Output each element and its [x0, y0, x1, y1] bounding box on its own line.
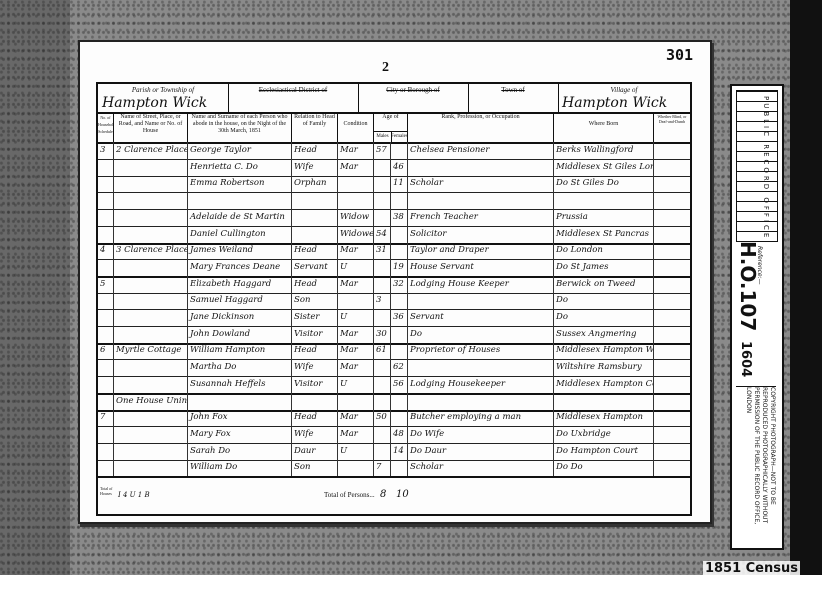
census-row: Emma Robertson Orphan 11 Scholar Do St G… [98, 175, 690, 193]
cell-occupation: French Teacher [408, 209, 554, 226]
cell-disability [654, 209, 690, 226]
cell-age-male: 50 [374, 409, 391, 426]
column-headers: No. of Householder's Schedule Name of St… [98, 112, 690, 144]
cell-relation: Wife [292, 359, 338, 376]
cell-address [114, 459, 188, 476]
cell-age-male [374, 443, 391, 460]
cell-relation: Daur [292, 443, 338, 460]
cell-disability [654, 443, 690, 460]
census-sheet: 301 2 Parish or Township of Hampton Wick… [78, 40, 712, 524]
cell-birthplace: Do [554, 309, 654, 326]
cell-condition [338, 175, 374, 192]
col-age: Age of Males Females [374, 112, 408, 142]
cell-age-male [374, 426, 391, 443]
cell-condition [338, 459, 374, 476]
cell-occupation [408, 192, 554, 209]
cell-relation: Son [292, 459, 338, 476]
cell-condition: Mar [338, 242, 374, 259]
cell-occupation: Do [408, 326, 554, 343]
cell-disability [654, 459, 690, 476]
cell-occupation: Lodging House Keeper [408, 276, 554, 293]
census-row [98, 192, 690, 210]
cell-birthplace: Prussia [554, 209, 654, 226]
cell-condition: Widow [338, 209, 374, 226]
cell-condition: Mar [338, 276, 374, 293]
cell-age-female [391, 459, 408, 476]
village-label: Village of [558, 86, 690, 94]
col-age-label: Age of [382, 114, 399, 120]
cell-address [114, 175, 188, 192]
col-address: Name of Street, Place, or Road, and Name… [114, 112, 188, 142]
census-row: 3 2 Clarence Place George Taylor Head Ma… [98, 142, 690, 160]
cell-relation: Orphan [292, 175, 338, 192]
piece-number: 1604 [738, 341, 753, 377]
cell-relation: Head [292, 142, 338, 159]
cell-condition: Mar [338, 142, 374, 159]
cell-condition [338, 192, 374, 209]
persons-total-males: 8 [380, 478, 386, 512]
measurement-scale [736, 90, 778, 242]
cell-occupation: Do Daur [408, 443, 554, 460]
persons-total-label: Total of Persons... [324, 478, 375, 512]
cell-disability [654, 142, 690, 159]
cell-name: Samuel Haggard [188, 292, 292, 309]
cell-address [114, 292, 188, 309]
cell-disability [654, 159, 690, 176]
cell-address [114, 359, 188, 376]
cell-age-female: 46 [391, 159, 408, 176]
cell-disability [654, 259, 690, 276]
scan-shadow-right [790, 0, 822, 575]
cell-occupation: Butcher employing a man [408, 409, 554, 426]
cell-schedule [98, 159, 114, 176]
cell-age-female [391, 292, 408, 309]
cell-age-female: 56 [391, 376, 408, 393]
cell-age-male [374, 159, 391, 176]
cell-address [114, 209, 188, 226]
cell-age-female [391, 242, 408, 259]
cell-disability [654, 342, 690, 359]
cell-age-male: 54 [374, 226, 391, 243]
col-disability: Whether Blind, or Deaf-and-Dumb [654, 112, 690, 142]
cell-birthplace [554, 192, 654, 209]
cell-schedule [98, 175, 114, 192]
cell-age-female: 38 [391, 209, 408, 226]
cell-birthplace: Wiltshire Ramsbury [554, 359, 654, 376]
cell-occupation [408, 159, 554, 176]
census-row: Martha Do Wife Mar 62 Wiltshire Ramsbury [98, 359, 690, 377]
col-age-female: Females [391, 131, 408, 142]
cell-condition [338, 393, 374, 410]
cell-birthplace: Middlesex St Pancras [554, 226, 654, 243]
ecclesiastical-cell: Ecclesiastical District of [228, 84, 359, 112]
cell-name: William Do [188, 459, 292, 476]
cell-disability [654, 226, 690, 243]
copyright-notice: COPYRIGHT PHOTOGRAPH—NOT TO BE REPRODUCE… [736, 386, 776, 537]
cell-age-male: 3 [374, 292, 391, 309]
cell-disability [654, 376, 690, 393]
cell-birthplace: Do Hampton Court [554, 443, 654, 460]
cell-address [114, 309, 188, 326]
cell-age-female [391, 192, 408, 209]
cell-name: Elizabeth Haggard [188, 276, 292, 293]
census-form: Parish or Township of Hampton Wick Eccle… [96, 82, 692, 516]
cell-age-male [374, 259, 391, 276]
cell-condition: Mar [338, 342, 374, 359]
cell-age-male [374, 192, 391, 209]
cell-age-female [391, 226, 408, 243]
cell-disability [654, 192, 690, 209]
cell-age-male: 57 [374, 142, 391, 159]
cell-age-female: 36 [391, 309, 408, 326]
cell-address [114, 226, 188, 243]
reference-strip: PUBLIC RECORD OFFICE Reference:— H.O.107… [730, 84, 784, 550]
census-row: Sarah Do Daur U 14 Do Daur Do Hampton Co… [98, 443, 690, 461]
cell-age-male [374, 376, 391, 393]
cell-name: Martha Do [188, 359, 292, 376]
cell-name: John Fox [188, 409, 292, 426]
census-row: 4 3 Clarence Place James Weiland Head Ma… [98, 242, 690, 260]
cell-address: 3 Clarence Place [114, 242, 188, 259]
page-number: 301 [666, 46, 693, 64]
folio-number: 2 [382, 60, 389, 76]
cell-birthplace: Middlesex Hampton Wick [554, 342, 654, 359]
cell-occupation: Lodging Housekeeper [408, 376, 554, 393]
cell-age-male [374, 309, 391, 326]
cell-age-female: 11 [391, 175, 408, 192]
cell-address [114, 259, 188, 276]
cell-condition: Widower [338, 226, 374, 243]
parish-value: Hampton Wick [98, 95, 228, 111]
cell-condition: Mar [338, 409, 374, 426]
cell-disability [654, 326, 690, 343]
cell-name: Mary Fox [188, 426, 292, 443]
cell-birthplace: Middlesex Hampton Court [554, 376, 654, 393]
cell-age-female: 32 [391, 276, 408, 293]
cell-occupation: Do Wife [408, 426, 554, 443]
cell-relation: Head [292, 409, 338, 426]
census-row: Samuel Haggard Son 3 Do [98, 292, 690, 310]
cell-birthplace: Do Uxbridge [554, 426, 654, 443]
cell-age-female: 14 [391, 443, 408, 460]
cell-occupation: Servant [408, 309, 554, 326]
cell-schedule [98, 443, 114, 460]
col-schedule: No. of Householder's Schedule [98, 112, 114, 142]
city-cell: City or Borough of [358, 84, 469, 112]
cell-birthplace: Middlesex St Giles Lond. [554, 159, 654, 176]
cell-schedule [98, 326, 114, 343]
cell-occupation: Scholar [408, 175, 554, 192]
cell-name: Mary Frances Deane [188, 259, 292, 276]
cell-schedule [98, 459, 114, 476]
cell-name: Emma Robertson [188, 175, 292, 192]
cell-birthplace: Do St James [554, 259, 654, 276]
cell-relation: Son [292, 292, 338, 309]
cell-occupation: Solicitor [408, 226, 554, 243]
cell-address [114, 192, 188, 209]
cell-condition [338, 292, 374, 309]
cell-schedule: 3 [98, 142, 114, 159]
class-code: H.O.107 [736, 241, 760, 331]
cell-birthplace: Do London [554, 242, 654, 259]
scan-shadow-left [0, 0, 70, 575]
census-row: Jane Dickinson Sister U 36 Servant Do [98, 309, 690, 327]
cell-relation: Visitor [292, 326, 338, 343]
cell-relation: Servant [292, 259, 338, 276]
cell-age-female: 48 [391, 426, 408, 443]
cell-birthplace: Berks Wallingford [554, 142, 654, 159]
cell-relation: Head [292, 276, 338, 293]
cell-age-male: 61 [374, 342, 391, 359]
cell-disability [654, 292, 690, 309]
cell-name: John Dowland [188, 326, 292, 343]
cell-schedule: 6 [98, 342, 114, 359]
cell-schedule [98, 359, 114, 376]
cell-address: 2 Clarence Place [114, 142, 188, 159]
cell-occupation: House Servant [408, 259, 554, 276]
cell-condition: U [338, 376, 374, 393]
cell-disability [654, 276, 690, 293]
cell-schedule [98, 393, 114, 410]
cell-schedule [98, 292, 114, 309]
village-cell: Village of Hampton Wick [558, 84, 690, 112]
cell-birthplace: Do [554, 292, 654, 309]
cell-schedule: 5 [98, 276, 114, 293]
ecclesiastical-label: Ecclesiastical District of [228, 86, 358, 94]
cell-name: Susannah Heffels [188, 376, 292, 393]
cell-name: William Hampton [188, 342, 292, 359]
cell-age-male: 7 [374, 459, 391, 476]
cell-name: George Taylor [188, 142, 292, 159]
cell-address [114, 326, 188, 343]
cell-disability [654, 393, 690, 410]
cell-relation [292, 393, 338, 410]
town-cell: Town of [468, 84, 559, 112]
houses-total-label: Total of Houses [100, 478, 114, 520]
cell-age-female [391, 393, 408, 410]
cell-relation: Wife [292, 159, 338, 176]
totals-row: Total of Houses I 4 U 1 B Total of Perso… [98, 476, 690, 512]
cell-address: Myrtle Cottage [114, 342, 188, 359]
cell-occupation: Chelsea Pensioner [408, 142, 554, 159]
cell-disability [654, 309, 690, 326]
cell-age-male: 31 [374, 242, 391, 259]
parish-label: Parish or Township of [98, 86, 228, 94]
cell-age-male [374, 175, 391, 192]
cell-age-male [374, 359, 391, 376]
census-row: 6 Myrtle Cottage William Hampton Head Ma… [98, 342, 690, 360]
cell-relation: Sister [292, 309, 338, 326]
cell-relation: Head [292, 342, 338, 359]
census-row: 5 Elizabeth Haggard Head Mar 32 Lodging … [98, 276, 690, 294]
cell-age-male [374, 209, 391, 226]
cell-disability [654, 242, 690, 259]
cell-condition: U [338, 309, 374, 326]
cell-condition: Mar [338, 359, 374, 376]
image-caption: 1851 Census [703, 561, 800, 576]
census-row: Adelaide de St Martin Widow 38 French Te… [98, 209, 690, 227]
cell-schedule [98, 309, 114, 326]
cell-address [114, 276, 188, 293]
cell-address [114, 376, 188, 393]
cell-schedule [98, 259, 114, 276]
archive-title: PUBLIC RECORD OFFICE [762, 96, 770, 240]
cell-occupation: Scholar [408, 459, 554, 476]
col-relation: Relation to Head of Family [292, 112, 338, 142]
cell-age-female: 62 [391, 359, 408, 376]
cell-age-male [374, 276, 391, 293]
cell-schedule [98, 192, 114, 209]
cell-condition: Mar [338, 326, 374, 343]
district-header: Parish or Township of Hampton Wick Eccle… [98, 84, 690, 114]
cell-condition: U [338, 443, 374, 460]
cell-name [188, 393, 292, 410]
cell-name: Henrietta C. Do [188, 159, 292, 176]
cell-age-male: 30 [374, 326, 391, 343]
cell-disability [654, 359, 690, 376]
cell-address: One House Uninhabited [114, 393, 188, 410]
cell-relation [292, 226, 338, 243]
cell-disability [654, 175, 690, 192]
col-age-male: Males [374, 131, 392, 142]
cell-relation: Visitor [292, 376, 338, 393]
cell-age-female [391, 326, 408, 343]
cell-condition: Mar [338, 426, 374, 443]
cell-address [114, 443, 188, 460]
cell-occupation [408, 359, 554, 376]
cell-address [114, 426, 188, 443]
cell-disability [654, 426, 690, 443]
cell-birthplace: Berwick on Tweed [554, 276, 654, 293]
cell-age-male [374, 393, 391, 410]
parish-cell: Parish or Township of Hampton Wick [98, 84, 229, 112]
cell-occupation: Taylor and Draper [408, 242, 554, 259]
cell-age-female [391, 142, 408, 159]
census-row: Henrietta C. Do Wife Mar 46 Middlesex St… [98, 159, 690, 177]
census-row: 7 John Fox Head Mar 50 Butcher employing… [98, 409, 690, 427]
col-condition: Condition [338, 112, 374, 142]
houses-total-value: I 4 U 1 B [118, 478, 150, 512]
col-birthplace: Where Born [554, 112, 654, 142]
cell-condition: U [338, 259, 374, 276]
cell-name: Jane Dickinson [188, 309, 292, 326]
cell-address [114, 409, 188, 426]
town-label: Town of [468, 86, 558, 94]
footer-strip [0, 575, 822, 595]
cell-address [114, 159, 188, 176]
cell-relation: Head [292, 242, 338, 259]
cell-schedule [98, 209, 114, 226]
village-value: Hampton Wick [558, 95, 690, 111]
cell-name: Sarah Do [188, 443, 292, 460]
cell-birthplace: Sussex Angmering [554, 326, 654, 343]
cell-birthplace: Do St Giles Do [554, 175, 654, 192]
cell-relation [292, 209, 338, 226]
cell-age-female [391, 342, 408, 359]
census-row: Mary Fox Wife Mar 48 Do Wife Do Uxbridge [98, 426, 690, 444]
persons-total-females: 10 [396, 478, 409, 512]
cell-occupation: Proprietor of Houses [408, 342, 554, 359]
cell-birthplace [554, 393, 654, 410]
cell-name: Adelaide de St Martin [188, 209, 292, 226]
cell-schedule [98, 226, 114, 243]
cell-relation: Wife [292, 426, 338, 443]
col-name: Name and Surname of each Person who abod… [188, 112, 292, 142]
cell-name: James Weiland [188, 242, 292, 259]
cell-name: Daniel Cullington [188, 226, 292, 243]
cell-relation [292, 192, 338, 209]
cell-disability [654, 409, 690, 426]
col-occupation: Rank, Profession, or Occupation [408, 112, 554, 142]
cell-schedule [98, 376, 114, 393]
cell-birthplace: Do Do [554, 459, 654, 476]
cell-schedule: 4 [98, 242, 114, 259]
cell-name [188, 192, 292, 209]
cell-schedule: 7 [98, 409, 114, 426]
cell-age-female [391, 409, 408, 426]
cell-age-female: 19 [391, 259, 408, 276]
cell-birthplace: Middlesex Hampton [554, 409, 654, 426]
cell-condition: Mar [338, 159, 374, 176]
cell-occupation [408, 393, 554, 410]
cell-schedule [98, 426, 114, 443]
cell-occupation [408, 292, 554, 309]
city-label: City or Borough of [358, 86, 468, 94]
